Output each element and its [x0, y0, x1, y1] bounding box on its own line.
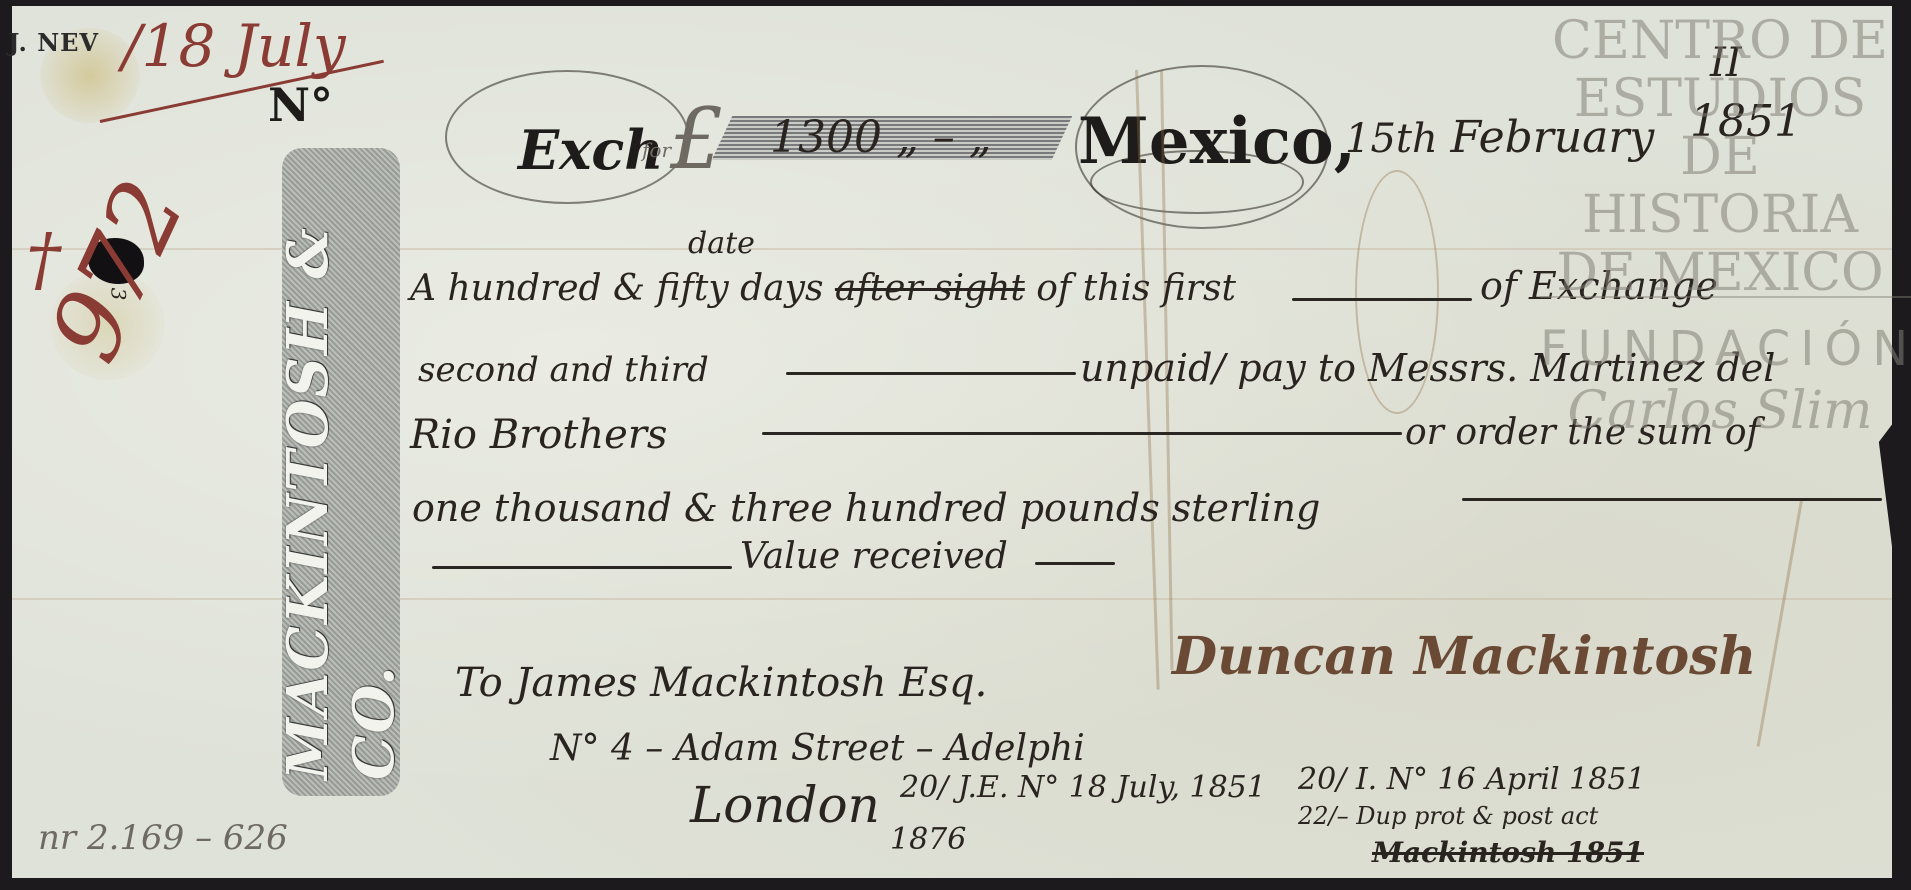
number-label: N°: [268, 78, 333, 132]
drawee-city: London: [690, 776, 880, 834]
place-mexico: Mexico,: [1078, 104, 1356, 179]
small-margin-mark: 3: [106, 288, 130, 301]
endorsement-line2: 20/ I. N° 16 April 1851: [1298, 762, 1646, 797]
watermark-foundation: FUNDACIÓN: [1540, 320, 1900, 378]
pound-symbol: £: [670, 90, 723, 188]
body-line1-end: of this first: [1036, 268, 1236, 309]
endorsement-line3: 22/– Dup prot & post act: [1298, 802, 1598, 830]
for-label: for: [642, 138, 671, 162]
watermark-line: CENTRO DE: [1540, 12, 1900, 70]
blank-line: [1462, 498, 1882, 501]
drawer-signature: Duncan Mackintosh: [1172, 626, 1756, 687]
body-line4-amount-words: one thousand & three hundred pounds ster…: [412, 486, 1320, 530]
endorsement-line1: 20/ J.E. N° 18 July, 1851: [900, 770, 1266, 805]
struck-after-sight: after sight: [835, 268, 1025, 309]
watermark-line: DE MEXICO: [1540, 244, 1900, 302]
archive-watermark: CENTRO DE ESTUDIOS DE HISTORIA DE MEXICO…: [1540, 12, 1900, 440]
body-line3-start: Rio Brothers: [410, 412, 667, 458]
blank-line: [432, 566, 732, 569]
printer-mark: J. NEV: [8, 28, 99, 57]
blank-line: [762, 432, 1402, 435]
drawee-name: To James Mackintosh Esq.: [455, 660, 987, 706]
watermark-line: DE HISTORIA: [1540, 128, 1900, 244]
annotation-date: /18 July: [122, 12, 346, 80]
drawee-address: N° 4 – Adam Street – Adelphi: [550, 728, 1085, 769]
date-day: 15th: [1345, 116, 1438, 162]
dash-mark: [1035, 562, 1115, 565]
inserted-word-date: date: [688, 226, 755, 261]
amount-value: 1300 „ – „: [770, 112, 992, 163]
year-note: 1876: [890, 822, 966, 857]
body-line2-start: second and third: [418, 350, 709, 390]
blank-line: [1292, 298, 1472, 301]
archive-reference: nr 2.169 – 626: [38, 818, 288, 858]
body-line1-start: A hundred & fifty days: [410, 268, 823, 309]
endorsement-struck-signature: Mackintosh 1851: [1372, 836, 1644, 869]
watermark-divider: [1540, 296, 1911, 298]
engraved-strip-text: MACKINTOSH & CO.: [300, 160, 382, 780]
red-margin-mark: †: [26, 218, 61, 300]
watermark-sponsor: Carlos Slim: [1540, 382, 1900, 440]
blank-line: [786, 372, 1076, 375]
value-received: Value received: [740, 536, 1008, 577]
watermark-line: ESTUDIOS: [1540, 70, 1900, 128]
